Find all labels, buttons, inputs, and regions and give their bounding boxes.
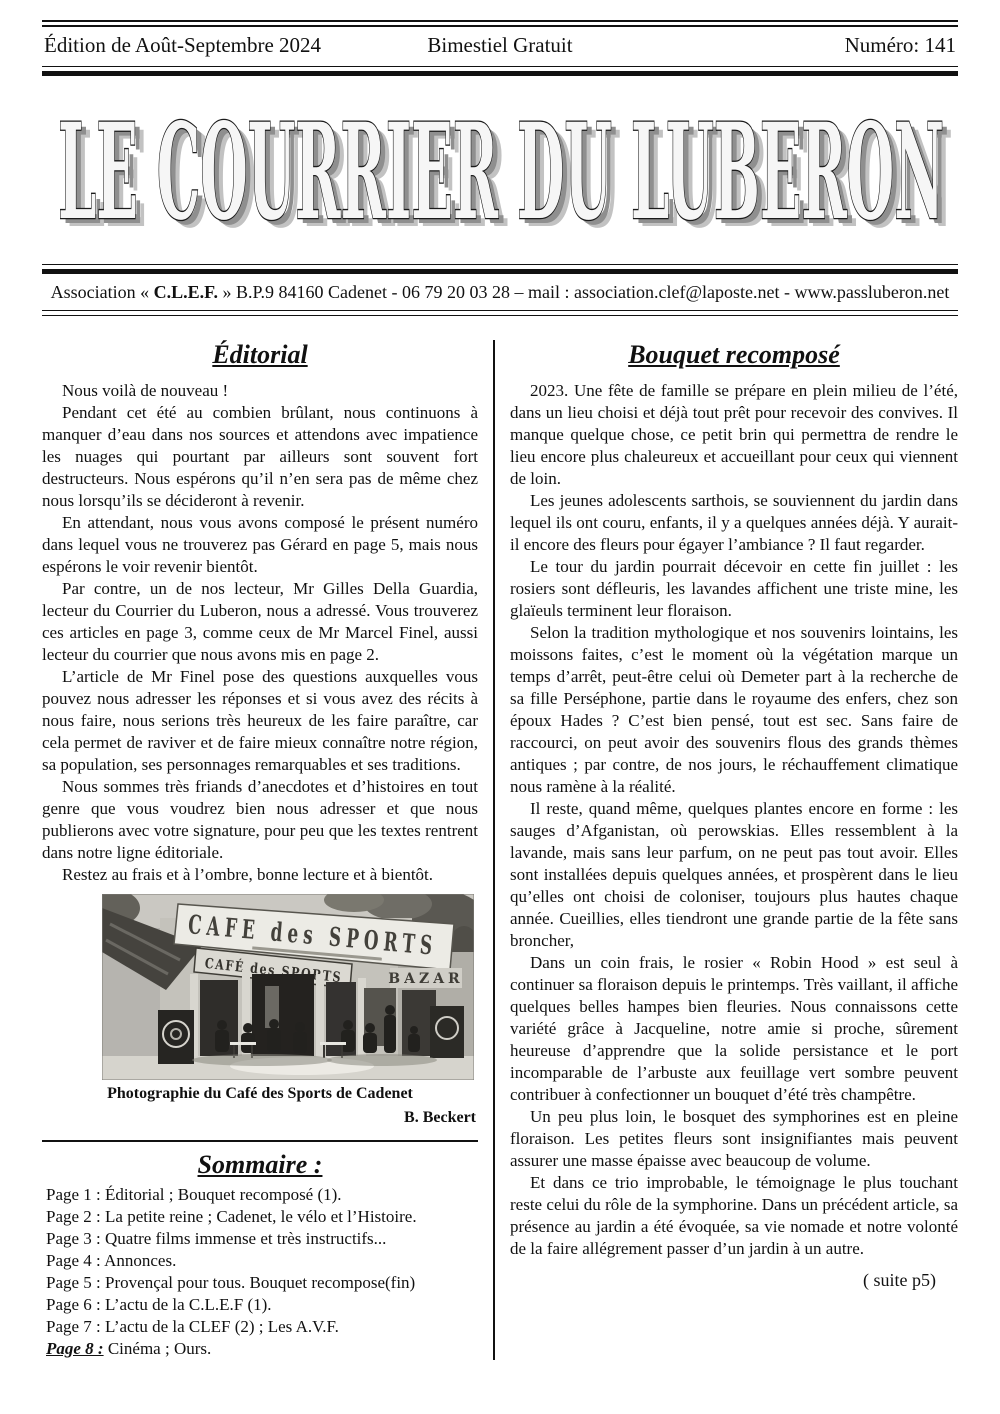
sommaire-page-text: La petite reine ; Cadenet, le vélo et l’… xyxy=(105,1207,417,1226)
sommaire-top-rule xyxy=(42,1140,478,1142)
sommaire-page-text: Annonces. xyxy=(104,1251,176,1270)
editorial-paragraph: Nous sommes très friands d’anecdotes et … xyxy=(42,776,478,864)
sommaire-item-page6: Page 6 : L’actu de la C.L.E.F (1). xyxy=(46,1294,478,1316)
bouquet-paragraph: Il reste, quand même, quelques plantes e… xyxy=(510,798,958,952)
sommaire-page-label: Page 1 : xyxy=(46,1185,101,1204)
editorial-paragraph: Pendant cet été au combien brûlant, nous… xyxy=(42,402,478,512)
association-suffix: » B.P.9 84160 Cadenet - 06 79 20 03 28 –… xyxy=(218,282,949,302)
sommaire-item-page5: Page 5 : Provençal pour tous. Bouquet re… xyxy=(46,1272,478,1294)
top-double-rule xyxy=(42,20,958,27)
photo-caption: Photographie du Café des Sports de Caden… xyxy=(42,1085,478,1103)
sommaire-page-text: Cinéma ; Ours. xyxy=(108,1339,211,1358)
masthead-art: LE COURRIER DU LUBERON LE COURRIER DU LU… xyxy=(42,98,958,248)
sommaire-page-text: Éditorial ; Bouquet recomposé (1). xyxy=(105,1185,342,1204)
issue-number: Numéro: 141 xyxy=(652,33,956,58)
bouquet-paragraph: Selon la tradition mythologique et nos s… xyxy=(510,622,958,798)
bouquet-paragraph: Les jeunes adolescents sarthois, se souv… xyxy=(510,490,958,556)
cafe-photo: CAFE des SPORTS CAFÉ des SPORTS BAZAR xyxy=(102,894,474,1080)
sommaire-page-label: Page 6 : xyxy=(46,1295,101,1314)
association-org: C.L.E.F. xyxy=(154,282,218,302)
sommaire-item-page8: Page 8 : Cinéma ; Ours. xyxy=(46,1338,478,1360)
frequency-label: Bimestiel Gratuit xyxy=(348,33,652,58)
edition-date: Édition de Août-Septembre 2024 xyxy=(44,33,348,58)
article-columns: Éditorial Nous voilà de nouveau ! Pendan… xyxy=(42,340,958,1360)
sommaire-page-label: Page 4 : xyxy=(46,1251,101,1270)
bouquet-paragraph: Dans un coin frais, le rosier « Robin Ho… xyxy=(510,952,958,1106)
masthead-bottom-rule xyxy=(42,264,958,274)
sommaire-page-text: Provençal pour tous. Bouquet recompose(f… xyxy=(105,1273,415,1292)
photo-credit: B. Beckert xyxy=(42,1109,478,1127)
editorial-paragraph: Nous voilà de nouveau ! xyxy=(42,380,478,402)
sommaire-page-label: Page 7 : xyxy=(46,1317,101,1336)
editorial-paragraph: L’article de Mr Finel pose des questions… xyxy=(42,666,478,776)
editorial-title: Éditorial xyxy=(42,340,478,370)
editorial-paragraph: Par contre, un de nos lecteur, Mr Gilles… xyxy=(42,578,478,666)
column-divider xyxy=(493,340,495,1360)
sommaire-item-page1: Page 1 : Éditorial ; Bouquet recomposé (… xyxy=(46,1184,478,1206)
editorial-paragraph: Restez au frais et à l’ombre, bonne lect… xyxy=(42,864,478,886)
editorial-paragraph: En attendant, nous vous avons composé le… xyxy=(42,512,478,578)
cafe-photo-art: CAFE des SPORTS CAFÉ des SPORTS BAZAR xyxy=(102,894,474,1080)
sommaire-item-page2: Page 2 : La petite reine ; Cadenet, le v… xyxy=(46,1206,478,1228)
sommaire-page-label: Page 3 : xyxy=(46,1229,101,1248)
header-bottom-rule xyxy=(42,66,958,76)
bouquet-column: Bouquet recomposé 2023. Une fête de fami… xyxy=(510,340,958,1360)
sommaire-item-page4: Page 4 : Annonces. xyxy=(46,1250,478,1272)
issue-header: Édition de Août-Septembre 2024 Bimestiel… xyxy=(42,27,958,66)
sommaire-page-label: Page 2 : xyxy=(46,1207,101,1226)
sommaire-page-text: L’actu de la C.L.E.F (1). xyxy=(105,1295,272,1314)
association-line: Association « C.L.E.F. » B.P.9 84160 Cad… xyxy=(42,282,958,303)
sommaire-page-text: L’actu de la CLEF (2) ; Les A.V.F. xyxy=(105,1317,339,1336)
sommaire-page-label: Page 8 : xyxy=(46,1339,104,1358)
association-bottom-rule xyxy=(42,310,958,316)
bouquet-title: Bouquet recomposé xyxy=(510,340,958,370)
bouquet-paragraph: Le tour du jardin pourrait décevoir en c… xyxy=(510,556,958,622)
masthead-title: LE COURRIER DU LUBERON xyxy=(58,98,944,248)
bouquet-paragraph: 2023. Une fête de famille se prépare en … xyxy=(510,380,958,490)
sommaire-item-page7: Page 7 : L’actu de la CLEF (2) ; Les A.V… xyxy=(46,1316,478,1338)
masthead: LE COURRIER DU LUBERON LE COURRIER DU LU… xyxy=(42,98,958,248)
editorial-column: Éditorial Nous voilà de nouveau ! Pendan… xyxy=(42,340,478,1360)
bouquet-paragraph: Et dans ce trio improbable, le témoignag… xyxy=(510,1172,958,1260)
continuation-note: ( suite p5) xyxy=(510,1270,958,1291)
photo-scene: CAFE des SPORTS CAFÉ des SPORTS BAZAR xyxy=(102,894,474,1080)
association-prefix: Association « xyxy=(51,282,154,302)
newspaper-front-page: Édition de Août-Septembre 2024 Bimestiel… xyxy=(0,0,1000,1414)
sommaire-page-label: Page 5 : xyxy=(46,1273,101,1292)
sommaire-list: Page 1 : Éditorial ; Bouquet recomposé (… xyxy=(42,1184,478,1360)
photo-bazar-sign-text: BAZAR xyxy=(388,971,463,987)
sommaire-item-page3: Page 3 : Quatre films immense et très in… xyxy=(46,1228,478,1250)
sommaire-title: Sommaire : xyxy=(42,1150,478,1180)
bouquet-paragraph: Un peu plus loin, le bosquet des symphor… xyxy=(510,1106,958,1172)
sommaire-page-text: Quatre films immense et très instructifs… xyxy=(105,1229,386,1248)
